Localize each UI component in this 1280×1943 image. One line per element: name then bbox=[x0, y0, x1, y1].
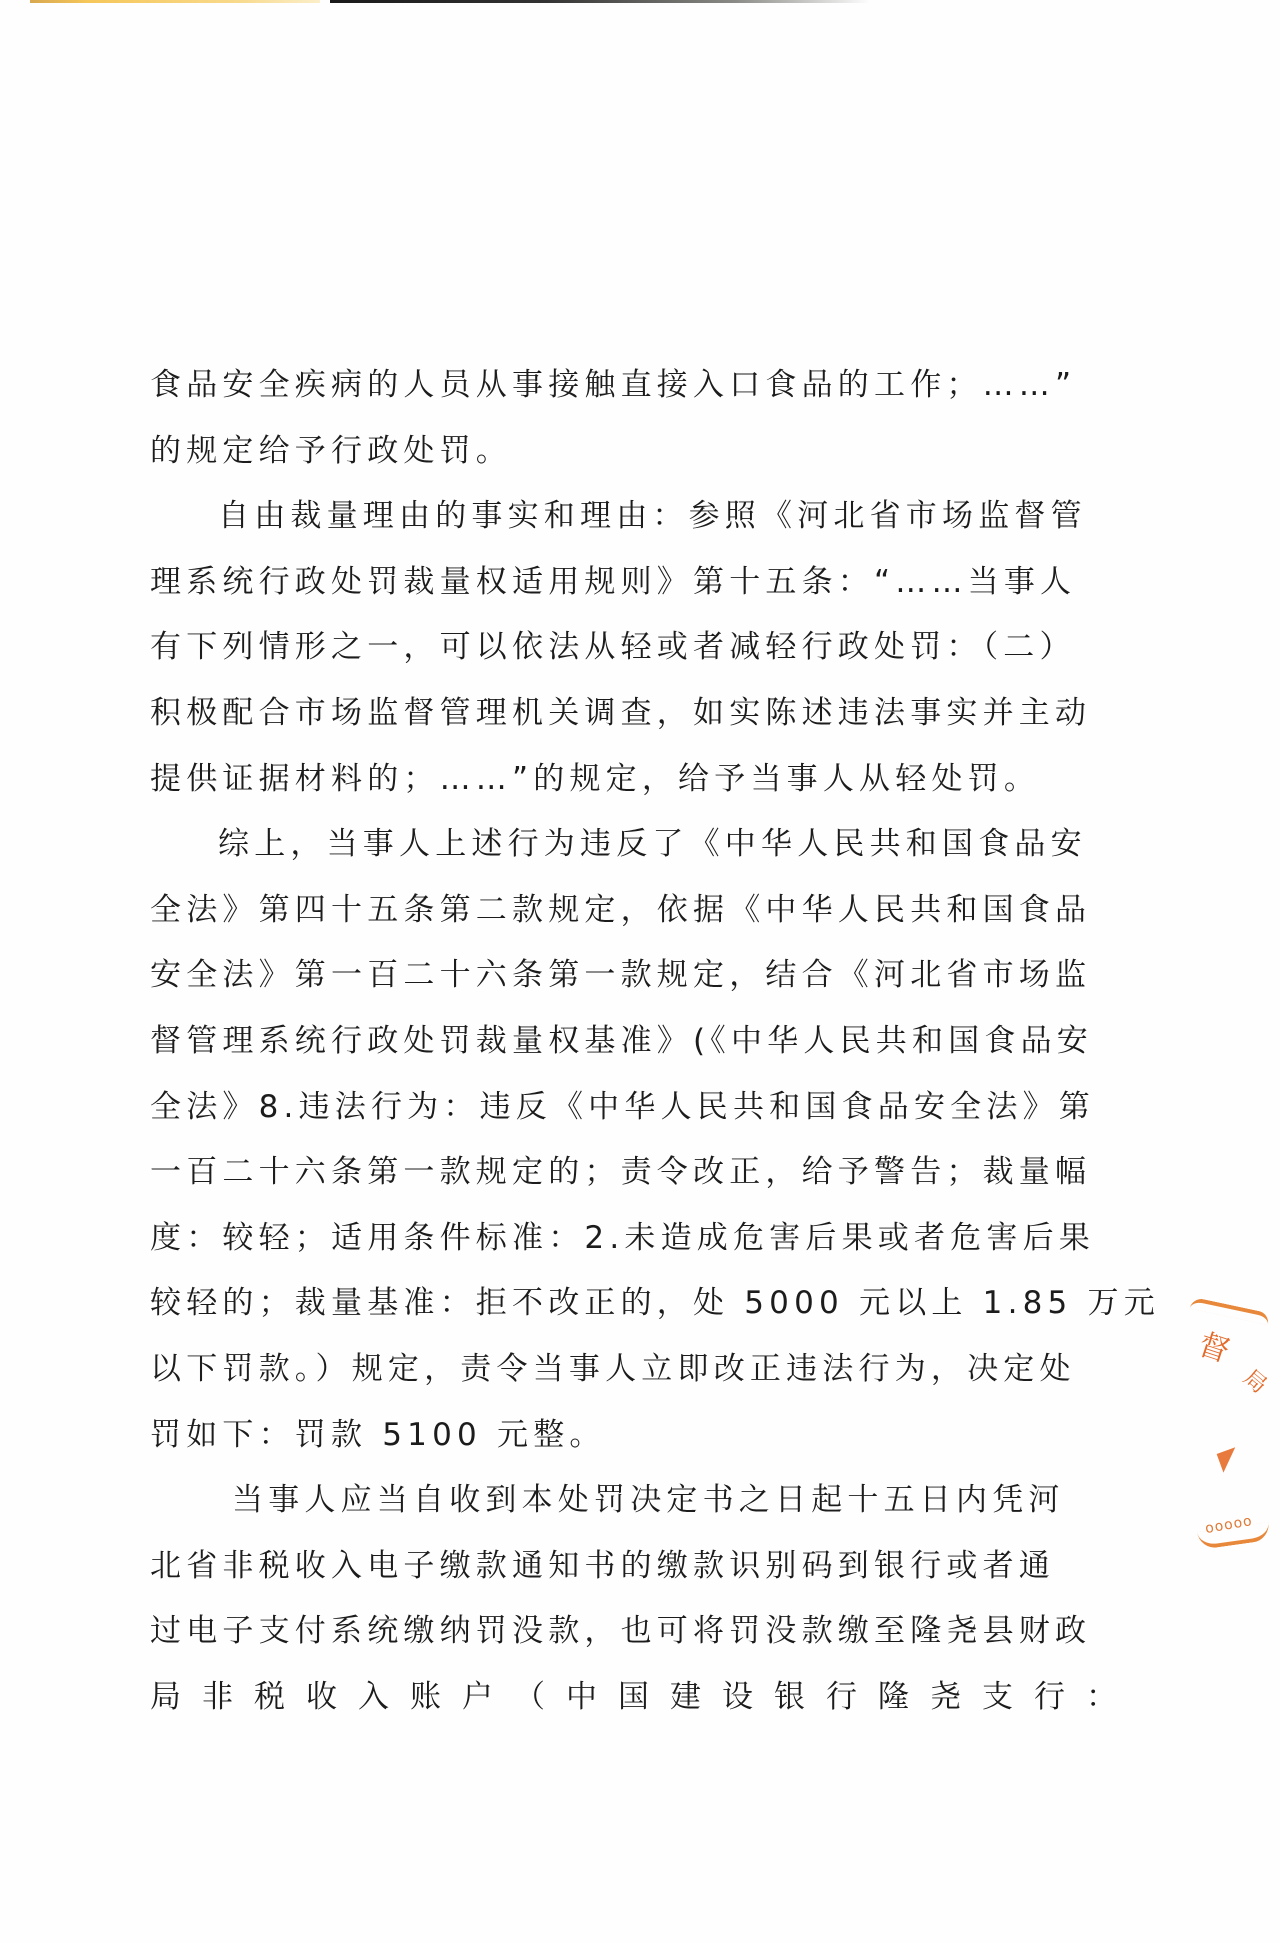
text-line: 全法》第四十五条第二款规定，依据《中华人民共和国食品 bbox=[150, 887, 1070, 953]
text-line: 过电子支付系统缴纳罚没款，也可将罚没款缴至隆尧县财政 bbox=[150, 1608, 1070, 1674]
text-line: 积极配合市场监督管理机关调查，如实陈述违法事实并主动 bbox=[150, 690, 1070, 756]
text-line: 度：较轻；适用条件标准：2.未造成危害后果或者危害后果 bbox=[150, 1215, 1070, 1281]
text-line: 的规定给予行政处罚。 bbox=[150, 428, 1070, 494]
text-line: 督管理系统行政处罚裁量权基准》(《中华人民共和国食品安 bbox=[150, 1018, 1070, 1084]
text-line: 全法》8.违法行为：违反《中华人民共和国食品安全法》第 bbox=[150, 1084, 1070, 1150]
text-line: 以下罚款。）规定，责令当事人立即改正违法行为，决定处 bbox=[150, 1346, 1070, 1412]
text-line-penalty-amount: 罚如下：罚款 5100 元整。 bbox=[150, 1412, 1070, 1478]
text-line: 理系统行政处罚裁量权适用规则》第十五条：“……当事人 bbox=[150, 559, 1070, 625]
text-line: 较轻的；裁量基准：拒不改正的，处 5000 元以上 1.85 万元 bbox=[150, 1280, 1070, 1346]
paragraph-start-payment: 当事人应当自收到本处罚决定书之日起十五日内凭河 bbox=[150, 1477, 1070, 1543]
official-seal-fragment: 督 局 ooooo bbox=[1180, 1305, 1280, 1545]
seal-char: 督 bbox=[1194, 1319, 1236, 1370]
top-edge-yellow-fragment bbox=[30, 0, 320, 3]
top-edge-dark-fragment bbox=[330, 0, 870, 3]
text-line: 食品安全疾病的人员从事接触直接入口食品的工作；……” bbox=[150, 362, 1070, 428]
text-line: 安全法》第一百二十六条第一款规定，结合《河北省市场监 bbox=[150, 952, 1070, 1018]
seal-char-partial: 局 bbox=[1238, 1362, 1275, 1400]
text-line: 北省非税收入电子缴款通知书的缴款识别码到银行或者通 bbox=[150, 1543, 1070, 1609]
text-line: 局非税收入账户（中国建设银行隆尧支行： bbox=[150, 1674, 1070, 1740]
seal-arc-top bbox=[1190, 1297, 1271, 1325]
seal-star-fragment-icon bbox=[1211, 1441, 1236, 1472]
paragraph-start-discretion: 自由裁量理由的事实和理由：参照《河北省市场监督管 bbox=[150, 493, 1070, 559]
paragraph-start-summary: 综上，当事人上述行为违反了《中华人民共和国食品安 bbox=[150, 821, 1070, 887]
document-body: 食品安全疾病的人员从事接触直接入口食品的工作；……” 的规定给予行政处罚。 自由… bbox=[150, 362, 1070, 1739]
text-line: 提供证据材料的；……”的规定，给予当事人从轻处罚。 bbox=[150, 756, 1070, 822]
text-line: 一百二十六条第一款规定的；责令改正，给予警告；裁量幅 bbox=[150, 1149, 1070, 1215]
top-edge-strip bbox=[0, 0, 1280, 4]
text-line: 有下列情形之一，可以依法从轻或者减轻行政处罚：（二） bbox=[150, 624, 1070, 690]
